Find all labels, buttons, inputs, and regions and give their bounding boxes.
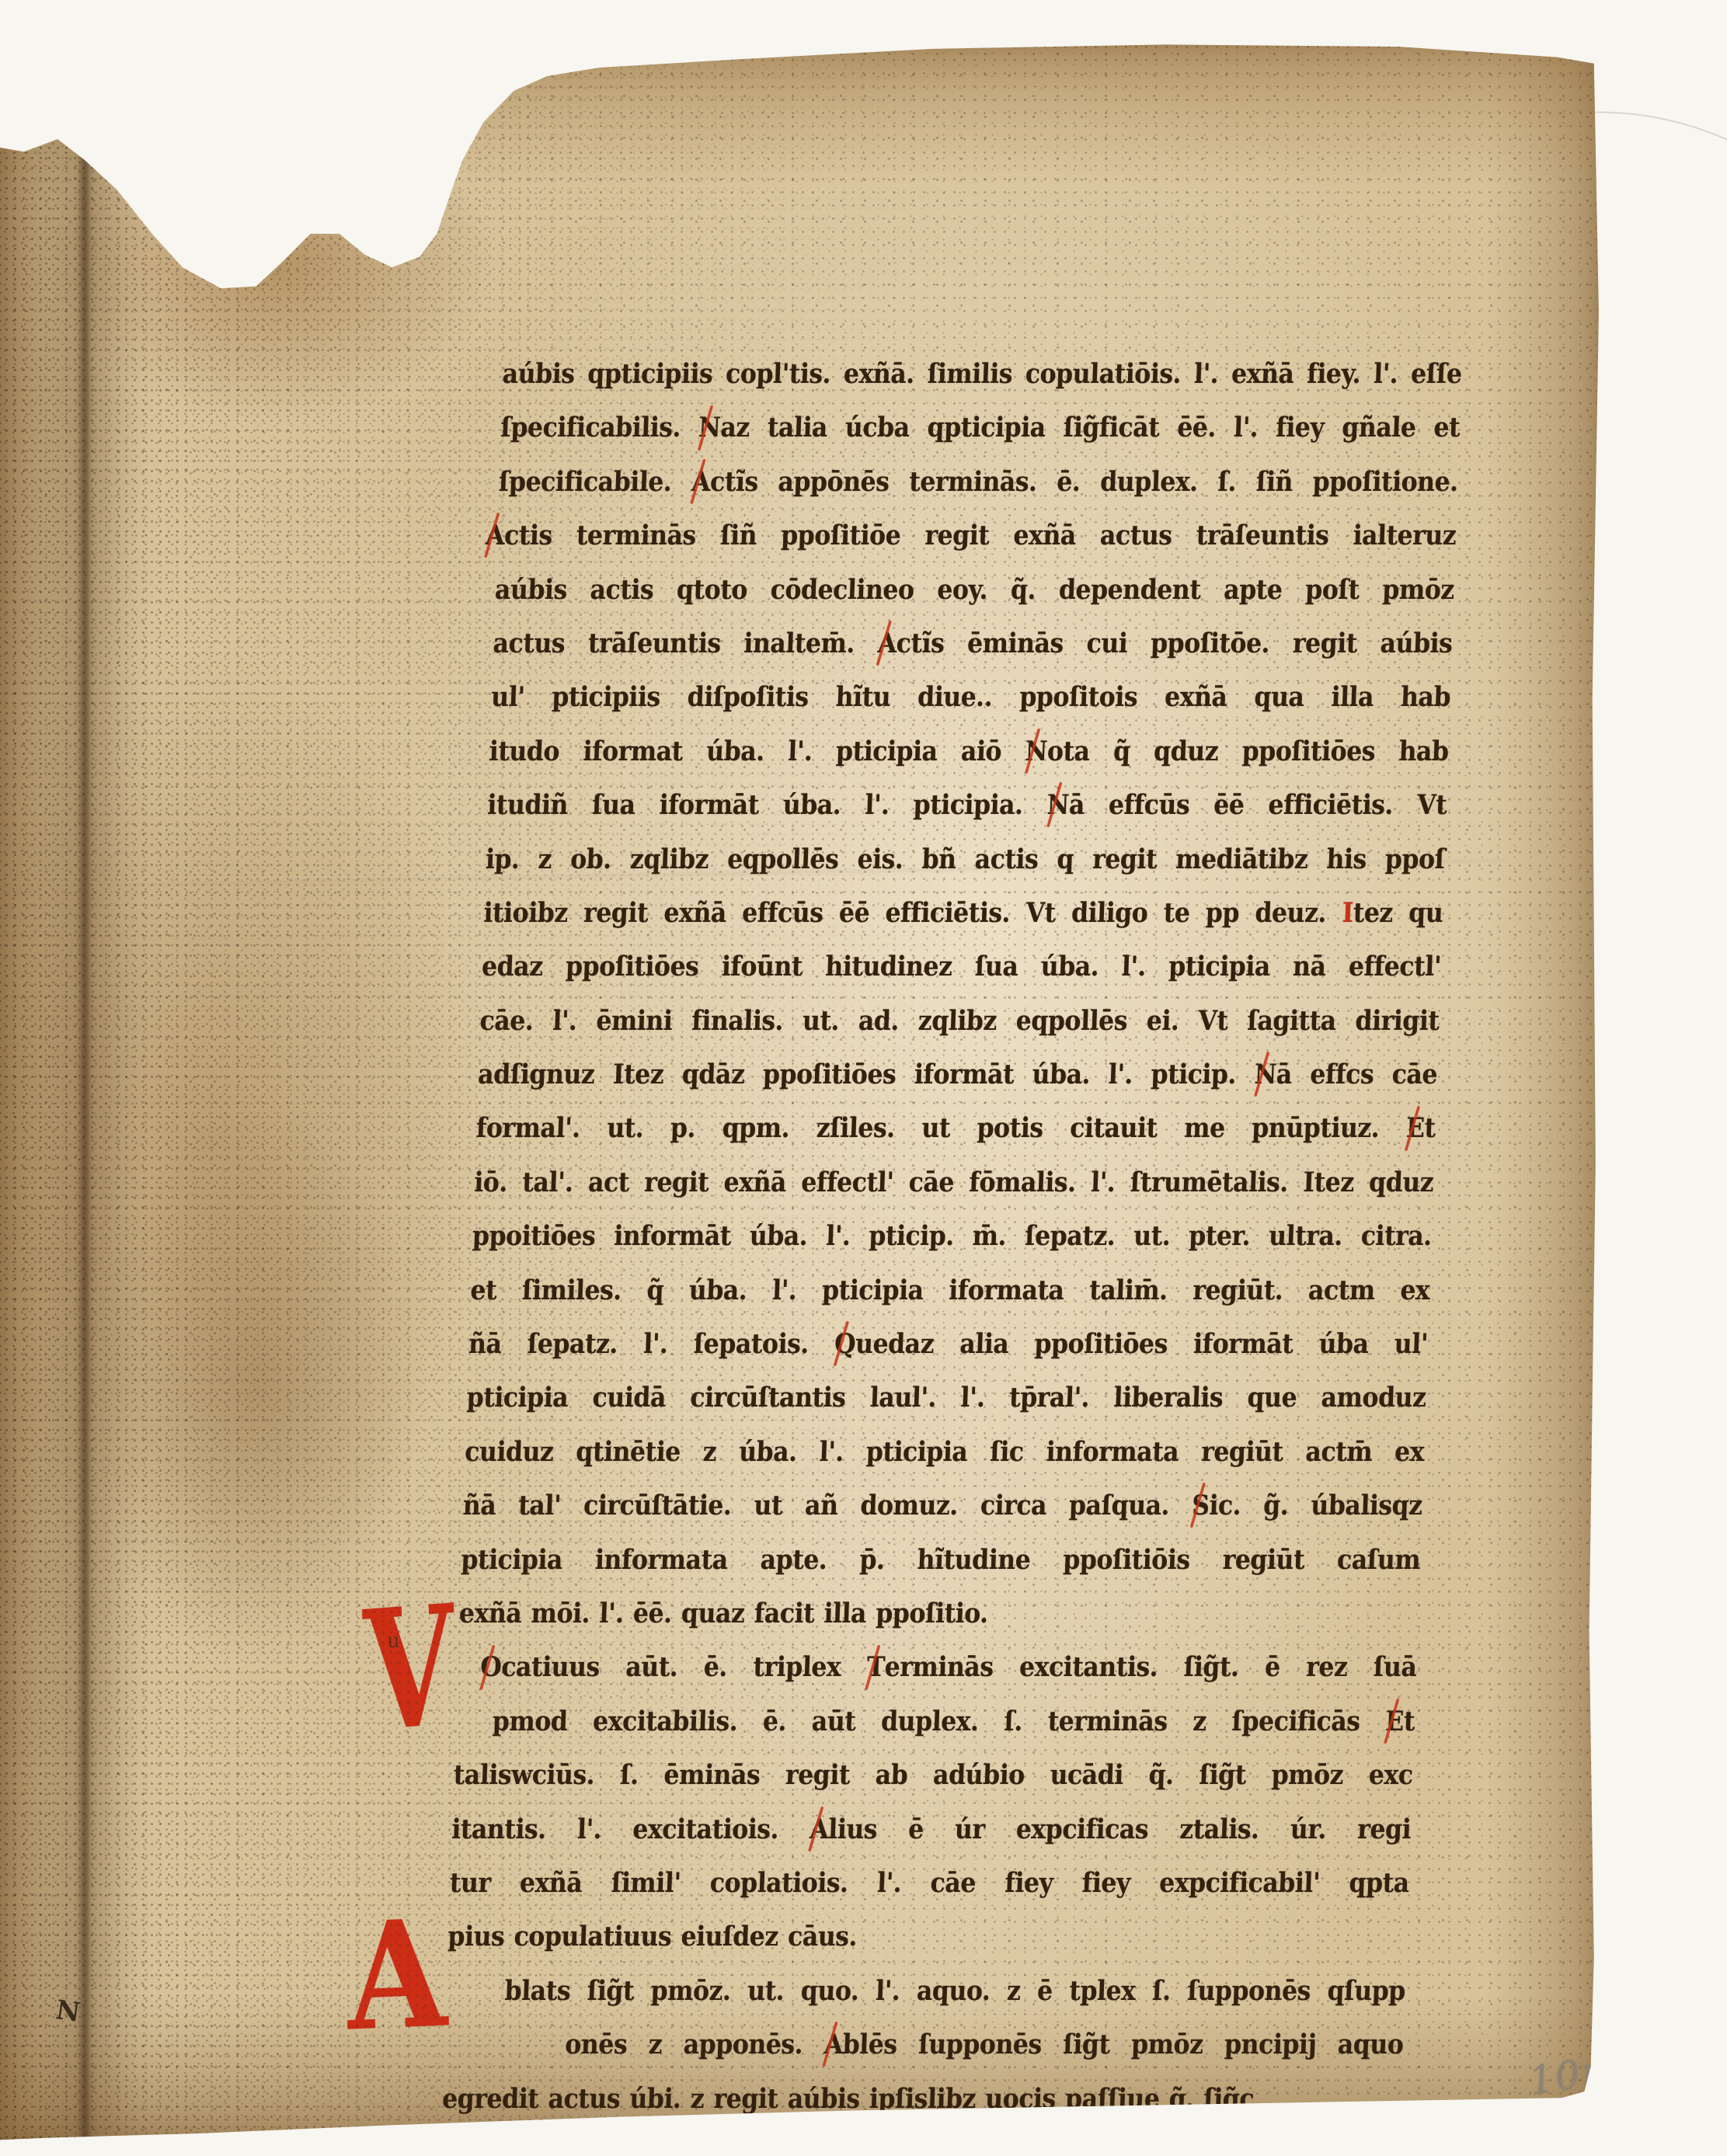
text-line: itudiñ ſua iformāt úba. l'. pticipia. Nā…: [486, 778, 1447, 832]
text-segment: blats ſig̃t pmōz. ut. quo. l'. aquo. z ē…: [504, 1975, 1406, 2007]
text-segment: ota q̃ qduz ppoſitiōes hab: [1046, 735, 1449, 767]
text-segment: ctĩs appōnēs terminās. ē. duplex. ſ. ſiñ…: [709, 466, 1458, 498]
text-line: cuiduz qtinētie z úba. l'. pticipia ſic …: [464, 1425, 1425, 1479]
text-line: edaz ppoſitiōes ifoūnt hitudinez ſua úba…: [481, 940, 1442, 993]
text-segment: erminās excitantis. ſig̃t. ē rez ſuā: [884, 1651, 1417, 1683]
text-segment: onēs z apponēs.: [565, 2029, 825, 2060]
text-line: cāe. l'. ēmini finalis. ut. ad. zqlibz e…: [479, 994, 1440, 1048]
rubric-touched-capital: A: [877, 617, 897, 670]
rubric-touched-capital: Q: [834, 1317, 856, 1371]
text-segment: tur exñā ſimil' coplatiois. l'. cāe fiey…: [449, 1867, 1409, 1899]
text-line: pticipia cuidā circūſtantis laul'. l'. t…: [466, 1371, 1427, 1424]
parchment-leaf: aúbis qpticipiis copl'tis. exñā. ſimilis…: [0, 40, 1600, 2142]
text-segment: aúbis actis qtoto cōdeclineo eoy. q̃. de…: [494, 574, 1454, 606]
text-line: formal'. ut. p. qpm. zſiles. ut potis ci…: [475, 1101, 1436, 1155]
text-segment: az talia úcba qpticipia ſig̃ficāt ēē. l'…: [720, 412, 1461, 443]
text-line: ip. z ob. zqlibz eqpollēs eis. bñ actis …: [485, 833, 1446, 886]
text-line: pticipia informata apte. p̄. hĩtudine pp…: [460, 1533, 1421, 1587]
rubric-touched-capital: N: [1253, 1048, 1277, 1101]
text-line: ñā tal' circūſtātie. ut añ domuz. circa …: [462, 1479, 1423, 1532]
text-segment: pticipia informata apte. p̄. hĩtudine pp…: [461, 1544, 1421, 1576]
rubric-touched-capital: T: [866, 1640, 886, 1694]
gutter-stain: [43, 40, 144, 2142]
text-segment: tez qu: [1353, 897, 1443, 929]
text-segment: taliswciūs. ſ. ēminās regit ab adúbio uc…: [453, 1759, 1413, 1791]
text-segment: uedaz alia ppoſitiōes iformāt úba ul': [855, 1328, 1428, 1360]
text-segment: blēs ſupponēs ſig̃t pmōz pncipij aquo: [842, 2029, 1404, 2060]
rubric-touched-capital: N: [698, 401, 722, 454]
text-line: Actis terminās ſiñ ppoſitiōe regit exñā …: [485, 509, 1457, 562]
rubric-touched-capital: A: [485, 509, 505, 562]
rubric-letter: I: [1342, 897, 1354, 929]
text-line: adſignuz Itez qdāz ppoſitiōes iformāt úb…: [477, 1048, 1438, 1101]
text-segment: ñā tal' circūſtātie. ut añ domuz. circa …: [462, 1490, 1193, 1521]
text-segment: iō. tal'. act regit exñā effectl' cāe fō…: [474, 1167, 1434, 1198]
rubric-touched-capital: O: [479, 1640, 502, 1694]
text-segment: ā effcūs ēē efficiētis. Vt: [1068, 789, 1447, 821]
text-line: ſpecificabile. Actĩs appōnēs terminās. ē…: [498, 455, 1459, 509]
text-segment: ip. z ob. zqlibz eqpollēs eis. bñ actis …: [485, 843, 1445, 875]
photograph-of-manuscript-leaf: { "page": { "folio_number": "10r", "back…: [0, 0, 1727, 2156]
text-segment: itudo iformat úba. l'. pticipia aiō: [489, 735, 1025, 767]
text-line: itudo iformat úba. l'. pticipia aiō Nota…: [489, 725, 1450, 778]
text-line: ul' pticipiis diſpoſitis hĩtu diue.. ppo…: [490, 670, 1451, 724]
text-line: ppoitiōes informāt úba. l'. pticip. m̄. …: [472, 1209, 1433, 1263]
text-segment: ic. g̃. úbalisqz: [1209, 1490, 1423, 1521]
text-segment: cuiduz qtinētie z úba. l'. pticipia ſic …: [465, 1436, 1425, 1468]
rubric-touched-capital: A: [823, 2018, 844, 2071]
text-segment: itioibz regit exñā effcūs ēē efficiētis.…: [483, 897, 1342, 929]
text-segment: pius copulatiuus eiuſdez cāus.: [447, 1921, 858, 1953]
text-lines: aúbis qpticipiis copl'tis. exñā. ſimilis…: [441, 347, 1463, 2126]
text-segment: cāe. l'. ēmini finalis. ut. ad. zqlibz e…: [479, 1005, 1440, 1037]
folio-number: 10r: [1526, 2048, 1604, 2104]
text-segment: ctis terminās ſiñ ppoſitiōe regit exñā a…: [503, 520, 1457, 551]
text-segment: pticipia cuidā circūſtantis laul'. l'. t…: [466, 1382, 1426, 1414]
text-segment: ñā ſepatz. l'. ſepatois.: [468, 1328, 834, 1360]
text-segment: itantis. l'. excitatiois.: [451, 1813, 810, 1845]
text-line: taliswciūs. ſ. ēminās regit ab adúbio uc…: [453, 1748, 1414, 1802]
text-segment: ppoitiōes informāt úba. l'. pticip. m̄. …: [472, 1220, 1432, 1252]
text-segment: exñā mōi. l'. ēē. quaz facit illa ppoſit…: [458, 1598, 988, 1629]
text-segment: adſignuz Itez qdāz ppoſitiōes iformāt úb…: [478, 1059, 1255, 1090]
rubric-touched-capital: A: [691, 455, 711, 509]
rubricated-initial-ablativus: A: [345, 1900, 448, 2052]
text-line: itioibz regit exñā effcūs ēē efficiētis.…: [482, 886, 1443, 940]
text-line: Ocatiuus aūt. ē. triplex Terminās excita…: [479, 1640, 1418, 1694]
text-line: ñā ſepatz. l'. ſepatois. Quedaz alia ppo…: [468, 1317, 1429, 1371]
text-segment: formal'. ut. p. qpm. zſiles. ut potis ci…: [475, 1112, 1407, 1144]
text-line: pmod excitabilis. ē. aūt duplex. ſ. term…: [492, 1695, 1416, 1748]
text-line: ſpecificabilis. Naz talia úcba qpticipia…: [500, 401, 1461, 454]
text-line: aúbis actis qtoto cōdeclineo eoy. q̃. de…: [494, 563, 1455, 617]
text-line: et ſimiles. q̃ úba. l'. pticipia iformat…: [469, 1264, 1430, 1317]
text-line: egredit actus úbi. z regit aúbis ipſisli…: [441, 2072, 1402, 2126]
text-segment: ul' pticipiis diſpoſitis hĩtu diue.. ppo…: [491, 681, 1451, 713]
rubric-touched-capital: N: [1024, 725, 1048, 778]
text-line: blats ſig̃t pmōz. ut. quo. l'. aquo. z ē…: [503, 1964, 1406, 2018]
text-segment: ſpecificabile.: [498, 466, 692, 498]
rubric-touched-capital: N: [1046, 778, 1070, 832]
text-segment: actus trāſeuntis inaltem̄.: [493, 628, 879, 659]
gutter-ink-mark: N: [54, 1994, 82, 2029]
text-segment: pmod excitabilis. ē. aūt duplex. ſ. term…: [492, 1706, 1386, 1737]
text-segment: itudiñ ſua iformāt úba. l'. pticipia.: [487, 789, 1048, 821]
text-line: onēs z apponēs. Ablēs ſupponēs ſig̃t pmō…: [564, 2018, 1405, 2071]
text-line: exñā mōi. l'. ēē. quaz facit illa ppoſit…: [458, 1587, 1419, 1640]
text-segment: t: [1403, 1706, 1415, 1737]
text-line: itantis. l'. excitatiois. Alius ē úr exp…: [451, 1803, 1412, 1856]
text-segment: ſpecificabilis.: [500, 412, 699, 443]
text-segment: lius ē úr expcificas ztalis. úr. regi: [828, 1813, 1412, 1845]
text-line: iō. tal'. act regit exñā effectl' cāe fō…: [473, 1156, 1434, 1209]
text-segment: ā effcs cāe: [1276, 1059, 1438, 1090]
text-line: pius copulatiuus eiuſdez cāus.: [447, 1910, 1408, 1963]
text-segment: edaz ppoſitiōes ifoūnt hitudinez ſua úba…: [481, 951, 1441, 982]
text-segment: aúbis qpticipiis copl'tis. exñā. ſimilis…: [502, 358, 1462, 390]
text-segment: ctĩs ēminās cui ppoſitōe. regit aúbis: [896, 628, 1453, 659]
rubric-touched-capital: E: [1405, 1101, 1426, 1155]
rubric-touched-capital: S: [1191, 1479, 1210, 1532]
text-segment: et ſimiles. q̃ úba. l'. pticipia iformat…: [470, 1274, 1430, 1306]
text-line: tur exñā ſimil' coplatiois. l'. cāe fiey…: [449, 1856, 1410, 1910]
binding-fold-crease: [78, 40, 92, 2142]
rubric-touched-capital: A: [809, 1803, 829, 1856]
text-segment: catiuus aūt. ē. triplex: [501, 1651, 868, 1683]
rubric-touched-capital: E: [1384, 1695, 1405, 1748]
rubricated-initial-vocativus: V: [362, 1583, 458, 1754]
text-line: aúbis qpticipiis copl'tis. exñā. ſimilis…: [502, 347, 1463, 401]
text-segment: t: [1424, 1112, 1436, 1144]
text-segment: egredit actus úbi. z regit aúbis ipſisli…: [442, 2083, 1263, 2115]
margin-guide-letter: u: [387, 1629, 400, 1653]
text-line: actus trāſeuntis inaltem̄. Actĩs ēminās …: [492, 617, 1453, 670]
